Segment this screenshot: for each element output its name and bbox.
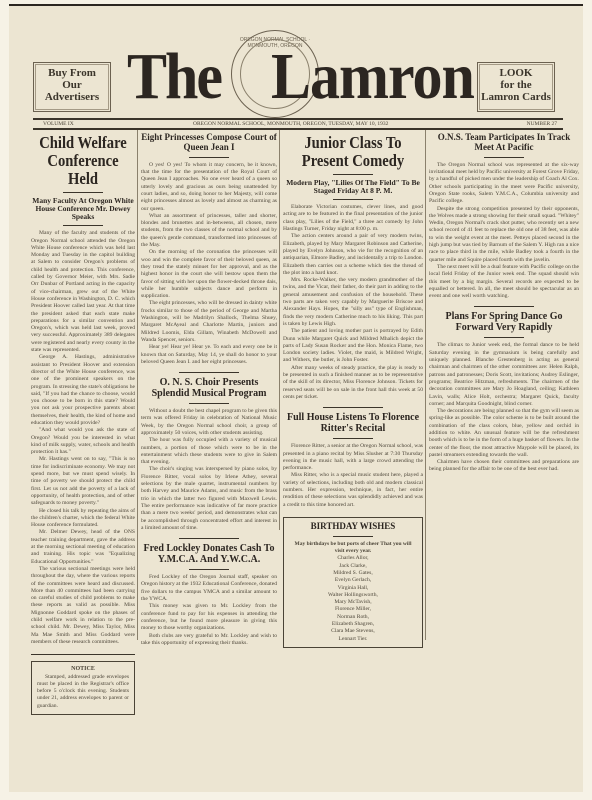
birthday-box: BIRTHDAY WISHES May birthdays be but por… bbox=[283, 517, 423, 648]
paragraph: After many weeks of steady practice, the… bbox=[283, 365, 423, 401]
divider bbox=[333, 199, 373, 200]
paragraph: Without a doubt the best chapel program … bbox=[141, 408, 277, 437]
paragraph: The patient and loving mother part is po… bbox=[283, 328, 423, 364]
subhead: Many Faculty At Oregon White House Confe… bbox=[31, 197, 135, 222]
paragraph: The eight princesses, who will be dresse… bbox=[141, 300, 277, 344]
article-body: Florence Ritter, a senior at the Oregon … bbox=[283, 443, 423, 509]
divider bbox=[63, 225, 103, 226]
headline: Child Welfare Conference Held bbox=[38, 134, 127, 188]
article-body: The Oregon Normal school was represented… bbox=[429, 162, 579, 301]
birthday-name: Virginia Hall, bbox=[289, 585, 417, 592]
headline-princesses: Eight Princesses Compose Court of Queen … bbox=[141, 133, 277, 153]
right-ear-line: for the bbox=[478, 79, 554, 91]
divider bbox=[31, 654, 135, 655]
paragraph: Many of the faculty and students of the … bbox=[31, 230, 135, 354]
headline-choir: O. N. S. Choir Presents Splendid Musical… bbox=[141, 377, 277, 399]
birthday-name: Jack Clarke, bbox=[289, 563, 417, 570]
birthday-name: Clara Mae Stevens, bbox=[289, 628, 417, 635]
paragraph: The action centers around a pair of very… bbox=[283, 233, 423, 277]
notice-title: NOTICE bbox=[37, 666, 129, 673]
volume-label: VOLUME IX bbox=[43, 121, 74, 127]
left-ear-line: Advertisers bbox=[34, 91, 110, 103]
paragraph: Chairmen have chosen their committees an… bbox=[429, 459, 579, 474]
paragraph: On the morning of the coronation the pri… bbox=[141, 249, 277, 300]
divider bbox=[189, 403, 229, 404]
birthday-name: Florence Miller, bbox=[289, 606, 417, 613]
divider bbox=[179, 538, 239, 539]
paragraph: Florence Ritter, a senior at the Oregon … bbox=[283, 443, 423, 472]
article-child-welfare: Child Welfare Conference Held Many Facul… bbox=[31, 130, 135, 715]
dateline-center: OREGON NORMAL SCHOOL, MONMOUTH, OREGON, … bbox=[193, 121, 388, 127]
masthead: The OREGON NORMAL SCHOOL · MONMOUTH, ORE… bbox=[121, 32, 471, 114]
birthday-name: Mary McTavish, bbox=[289, 599, 417, 606]
divider bbox=[179, 372, 239, 373]
left-ear-box: Buy From Our Advertisers bbox=[33, 62, 111, 112]
paragraph: Mr. Hastings went on to say, "This is no… bbox=[31, 456, 135, 507]
paragraph: Despite the strong competition presented… bbox=[429, 206, 579, 264]
paragraph: The Oregon Normal school was represented… bbox=[429, 162, 579, 206]
article-body: Elaborate Victorian costumes, clever lin… bbox=[283, 204, 423, 401]
dateline-rule-top bbox=[33, 118, 563, 120]
divider bbox=[189, 569, 229, 570]
column-rule bbox=[279, 130, 280, 530]
masthead-the: The bbox=[127, 39, 221, 115]
divider bbox=[63, 192, 103, 193]
divider bbox=[474, 306, 534, 307]
notice-box: NOTICE Stamped, addressed grade envelope… bbox=[31, 661, 135, 715]
right-ear-line: LOOK bbox=[478, 67, 554, 79]
divider bbox=[333, 174, 373, 175]
paragraph: Both clubs are very grateful to Mr. Lock… bbox=[141, 633, 277, 648]
divider bbox=[323, 407, 383, 408]
paragraph: The hour was fully occupied with a varie… bbox=[141, 437, 277, 466]
birthday-name: Lennart Tier. bbox=[289, 636, 417, 643]
headline-lockley: Fred Lockley Donates Cash To Y.M.C.A. An… bbox=[141, 543, 277, 565]
subhead-junior: Modern Play, "Lilies Of The Field" To Be… bbox=[283, 179, 423, 196]
paragraph: Hear ye! Hear ye! Hear ye. To each and e… bbox=[141, 344, 277, 366]
paragraph: George A. Hastings, administrative assis… bbox=[31, 354, 135, 427]
birthday-name: Evelyn Gerlach, bbox=[289, 577, 417, 584]
paragraph: This money was given to Mr. Lockley from… bbox=[141, 603, 277, 632]
notice-text: Stamped, addressed grade envelopes must … bbox=[37, 674, 129, 710]
column-2: Eight Princesses Compose Court of Queen … bbox=[141, 130, 277, 647]
right-ear-box: LOOK for the Lamron Cards bbox=[477, 62, 555, 112]
paragraph: The various sectional meetings were held… bbox=[31, 566, 135, 646]
divider bbox=[189, 157, 229, 158]
article-body: Without a doubt the best chapel program … bbox=[141, 408, 277, 532]
paragraph: Mr. Delmer Dewey, head of the ONS teache… bbox=[31, 529, 135, 565]
paragraph: The climax to Junior week end, the forma… bbox=[429, 342, 579, 408]
column-4: O.N.S. Team Participates In Track Meet A… bbox=[429, 130, 579, 474]
paragraph: Mrs. Rocke-Walker, the very modern grand… bbox=[283, 277, 423, 328]
birthday-name: Mildred S. Gates, bbox=[289, 570, 417, 577]
top-rule bbox=[9, 4, 583, 6]
birthday-name: Walter Hollingsworth, bbox=[289, 592, 417, 599]
paragraph: "And what would you ask the state of Ore… bbox=[31, 427, 135, 456]
headline-spring-dance: Plans For Spring Dance Go Forward Very R… bbox=[429, 311, 579, 333]
paragraph: The decorations are being planned so tha… bbox=[429, 408, 579, 459]
issue-number: NUMBER 27 bbox=[527, 121, 557, 127]
divider bbox=[484, 157, 524, 158]
column-rule bbox=[425, 130, 426, 640]
paragraph: The next meet will be a dual feature wit… bbox=[429, 264, 579, 300]
divider bbox=[484, 337, 524, 338]
column-3: Junior Class To Present Comedy Modern Pl… bbox=[283, 130, 423, 648]
right-ear-line: Lamron Cards bbox=[478, 91, 554, 103]
column-rule bbox=[137, 130, 138, 640]
birthday-name: Norman Roth, bbox=[289, 614, 417, 621]
headline-ritter: Full House Listens To Florence Ritter's … bbox=[283, 412, 423, 434]
article-body: The climax to Junior week end, the forma… bbox=[429, 342, 579, 473]
birthday-name: Elizabeth Shagren, bbox=[289, 621, 417, 628]
masthead-title: Lamron bbox=[271, 39, 474, 115]
left-ear-line: Our bbox=[34, 79, 110, 91]
paragraph: O yes! O yes! To whom it may concern, be… bbox=[141, 162, 277, 213]
paragraph: Miss Ritter, who is a special music stud… bbox=[283, 472, 423, 508]
paragraph: What an assortment of princesses, taller… bbox=[141, 213, 277, 249]
headline-track: O.N.S. Team Participates In Track Meet A… bbox=[429, 133, 579, 153]
article-body: Many of the faculty and students of the … bbox=[31, 230, 135, 646]
left-ear-line: Buy From bbox=[34, 67, 110, 79]
birthday-names: Charles Allor,Jack Clarke,Mildred S. Gat… bbox=[289, 555, 417, 643]
paragraph: He closed his talk by repeating the aims… bbox=[31, 508, 135, 530]
article-body: O yes! O yes! To whom it may concern, be… bbox=[141, 162, 277, 366]
divider bbox=[333, 438, 373, 439]
divider bbox=[333, 536, 373, 537]
birthday-intro: May birthdays be but ports of cheer That… bbox=[289, 541, 417, 556]
birthday-title: BIRTHDAY WISHES bbox=[289, 522, 417, 532]
birthday-name: Charles Allor, bbox=[289, 555, 417, 562]
paragraph: Elaborate Victorian costumes, clever lin… bbox=[283, 204, 423, 233]
newspaper-page: Buy From Our Advertisers The OREGON NORM… bbox=[9, 4, 583, 792]
article-body: Fred Lockley of the Oregon Journal staff… bbox=[141, 574, 277, 647]
paragraph: The choir's singing was interspersed by … bbox=[141, 466, 277, 532]
paragraph: Fred Lockley of the Oregon Journal staff… bbox=[141, 574, 277, 603]
headline-junior: Junior Class To Present Comedy bbox=[293, 134, 413, 170]
